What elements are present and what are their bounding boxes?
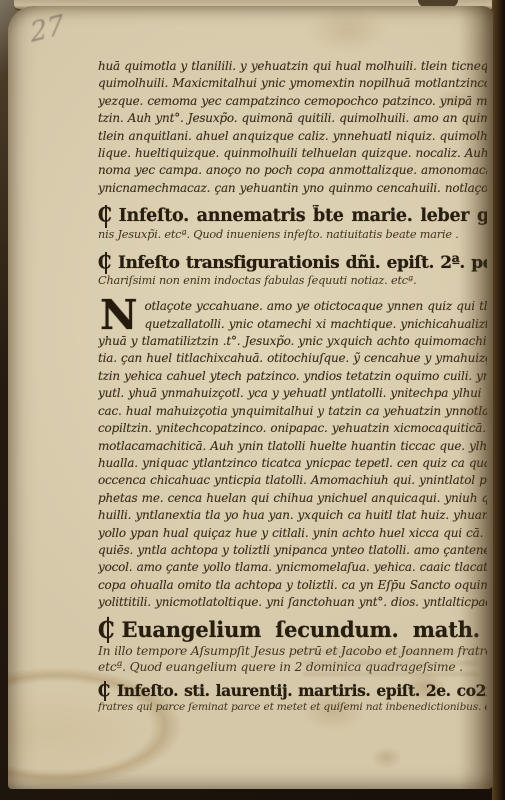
heading-text: Infeſto. sti. laurentij. martiris. epiſt… [117,681,487,701]
heading-text: Infeſto. annematris b̃te marie. leber gñ… [119,205,487,228]
manuscript-line: copa ohualla omito tla achtopa y toliztl… [98,577,487,594]
nahuatl-paragraph-1: huā quimotla y tlanilili. y yehuatzin qu… [98,58,487,197]
manuscript-line: huilli. yntlanextia tla yo hua yan. yxqu… [98,507,487,524]
heading-text: Euangelium ſecundum. math. xvij. cap̃. [122,616,487,643]
nahuatl-paragraph-2: N otlaçote yccahuane. amo ye otictocaque… [98,298,487,611]
heading-title: C Infeſto. annematris b̃te marie. leber … [98,205,487,228]
manuscript-line: tia. çan huel titlachixcahuā. otitochiuſ… [98,350,487,367]
manuscript-line: tzin yehica cahuel ytech patzinco. yndio… [98,368,487,385]
manuscript-line: occenca chicahuac ynticpia tlatolli. Amo… [98,472,487,489]
manuscript-line: phetas me. cenca huelan qui chihua ynich… [98,490,487,507]
manuscript-line: ynicnamechmacaz. çan yehuantin yno quinm… [98,180,487,197]
heading-title: C Infeſto. sti. laurentij. martiris. epi… [98,681,487,701]
heading-title: C Euangelium ſecundum. math. xvij. cap̃. [98,616,487,643]
capitulum-icon: C [98,616,115,643]
manuscript-line: yhuā y tlamatiliztzin .t°. Jesuxp̃o. yni… [98,333,487,350]
capitulum-icon: C [98,681,110,701]
book-fore-edge [492,0,505,800]
manuscript-line: hualla. yniquac ytlantzinco ticatca ynic… [98,455,487,472]
manuscript-line: noma yec campa. anoço no poch copa anmot… [98,162,487,179]
capitulum-icon: C [98,252,111,274]
manuscript-line: yutl. yhuā ynmahuizçotl. yca y yehuatl y… [98,385,487,402]
heading-subtitle: fratres qui parce ſeminat parce et metet… [98,701,487,714]
section-heading-gospel: C Euangelium ſecundum. math. xvij. cap̃.… [98,616,487,675]
manuscript-line: yezque. cemoma yec campatzinco cemopochc… [98,93,487,110]
section-heading-laurence: C Infeſto. sti. laurentij. martiris. epi… [98,681,487,714]
manuscript-line: lique. hueltiquizque. quinmolhuili telhu… [98,145,487,162]
manuscript-line: yolittitili. ynicmotlatoltique. yni ſanc… [98,594,487,611]
heading-subtitle: nis Jesuxp̃i. etcª. Quod inueniens infeſ… [98,228,487,242]
manuscript-line: motlacamachiticā. Auh ynin tlatolli huel… [98,438,487,455]
manuscript-line: huā quimotla y tlanilili. y yehuatzin qu… [98,58,487,75]
drop-cap-initial: N [98,298,144,332]
manuscript-line: otlaçote yccahuane. amo ye otictocaque y… [144,298,487,315]
manuscript-photo: 27 huā quimotla y tlanilili. y yehuatzin… [0,0,505,800]
section-heading-transfiguration: C Infeſto transfigurationis dñi. epiſt. … [98,252,487,288]
manuscript-line: quiēs. yntla achtopa y toliztli ynipanca… [98,542,487,559]
manuscript-line: yollo ypan hual quiçaz hue y citlali. yn… [98,525,487,542]
heading-incipit: In illo tempore Aſsumpſit Jesus petrū et… [98,643,487,659]
manuscript-line: quimolhuili. Maxicmitalhui ynic ymomexti… [98,75,487,92]
manuscript-line: tzin. Auh ynt°. Jesuxp̃o. quimonā quitil… [98,110,487,127]
manuscript-line: cac. hual mahuizçotia ynquimitalhui y ta… [98,403,487,420]
heading-title: C Infeſto transfigurationis dñi. epiſt. … [98,252,487,274]
page-content: huā quimotla y tlanilili. y yehuatzin qu… [8,6,493,714]
heading-text: Infeſto transfigurationis dñi. epiſt. 2ª… [118,252,487,274]
section-heading-anne: C Infeſto. annematris b̃te marie. leber … [98,205,487,242]
manuscript-line: tlein anquitlani. ahuel anquizque caliz.… [98,128,487,145]
manuscript-line: copiltzin. ynitechcopatzinco. onipapac. … [98,420,487,437]
heading-subtitle: Chariſsimi non enim indoctas fabulas ſeq… [98,274,487,288]
manuscript-line: yocol. amo çante yollo tlama. ynicmomela… [98,559,487,576]
manuscript-line: quetzallatolli. ynic otamechi xi machtiq… [144,316,487,333]
heading-rubric: etcª. Quod euangelium quere in 2 dominic… [98,659,487,675]
manuscript-page: 27 huā quimotla y tlanilili. y yehuatzin… [8,6,493,789]
capitulum-icon: C [98,205,112,228]
